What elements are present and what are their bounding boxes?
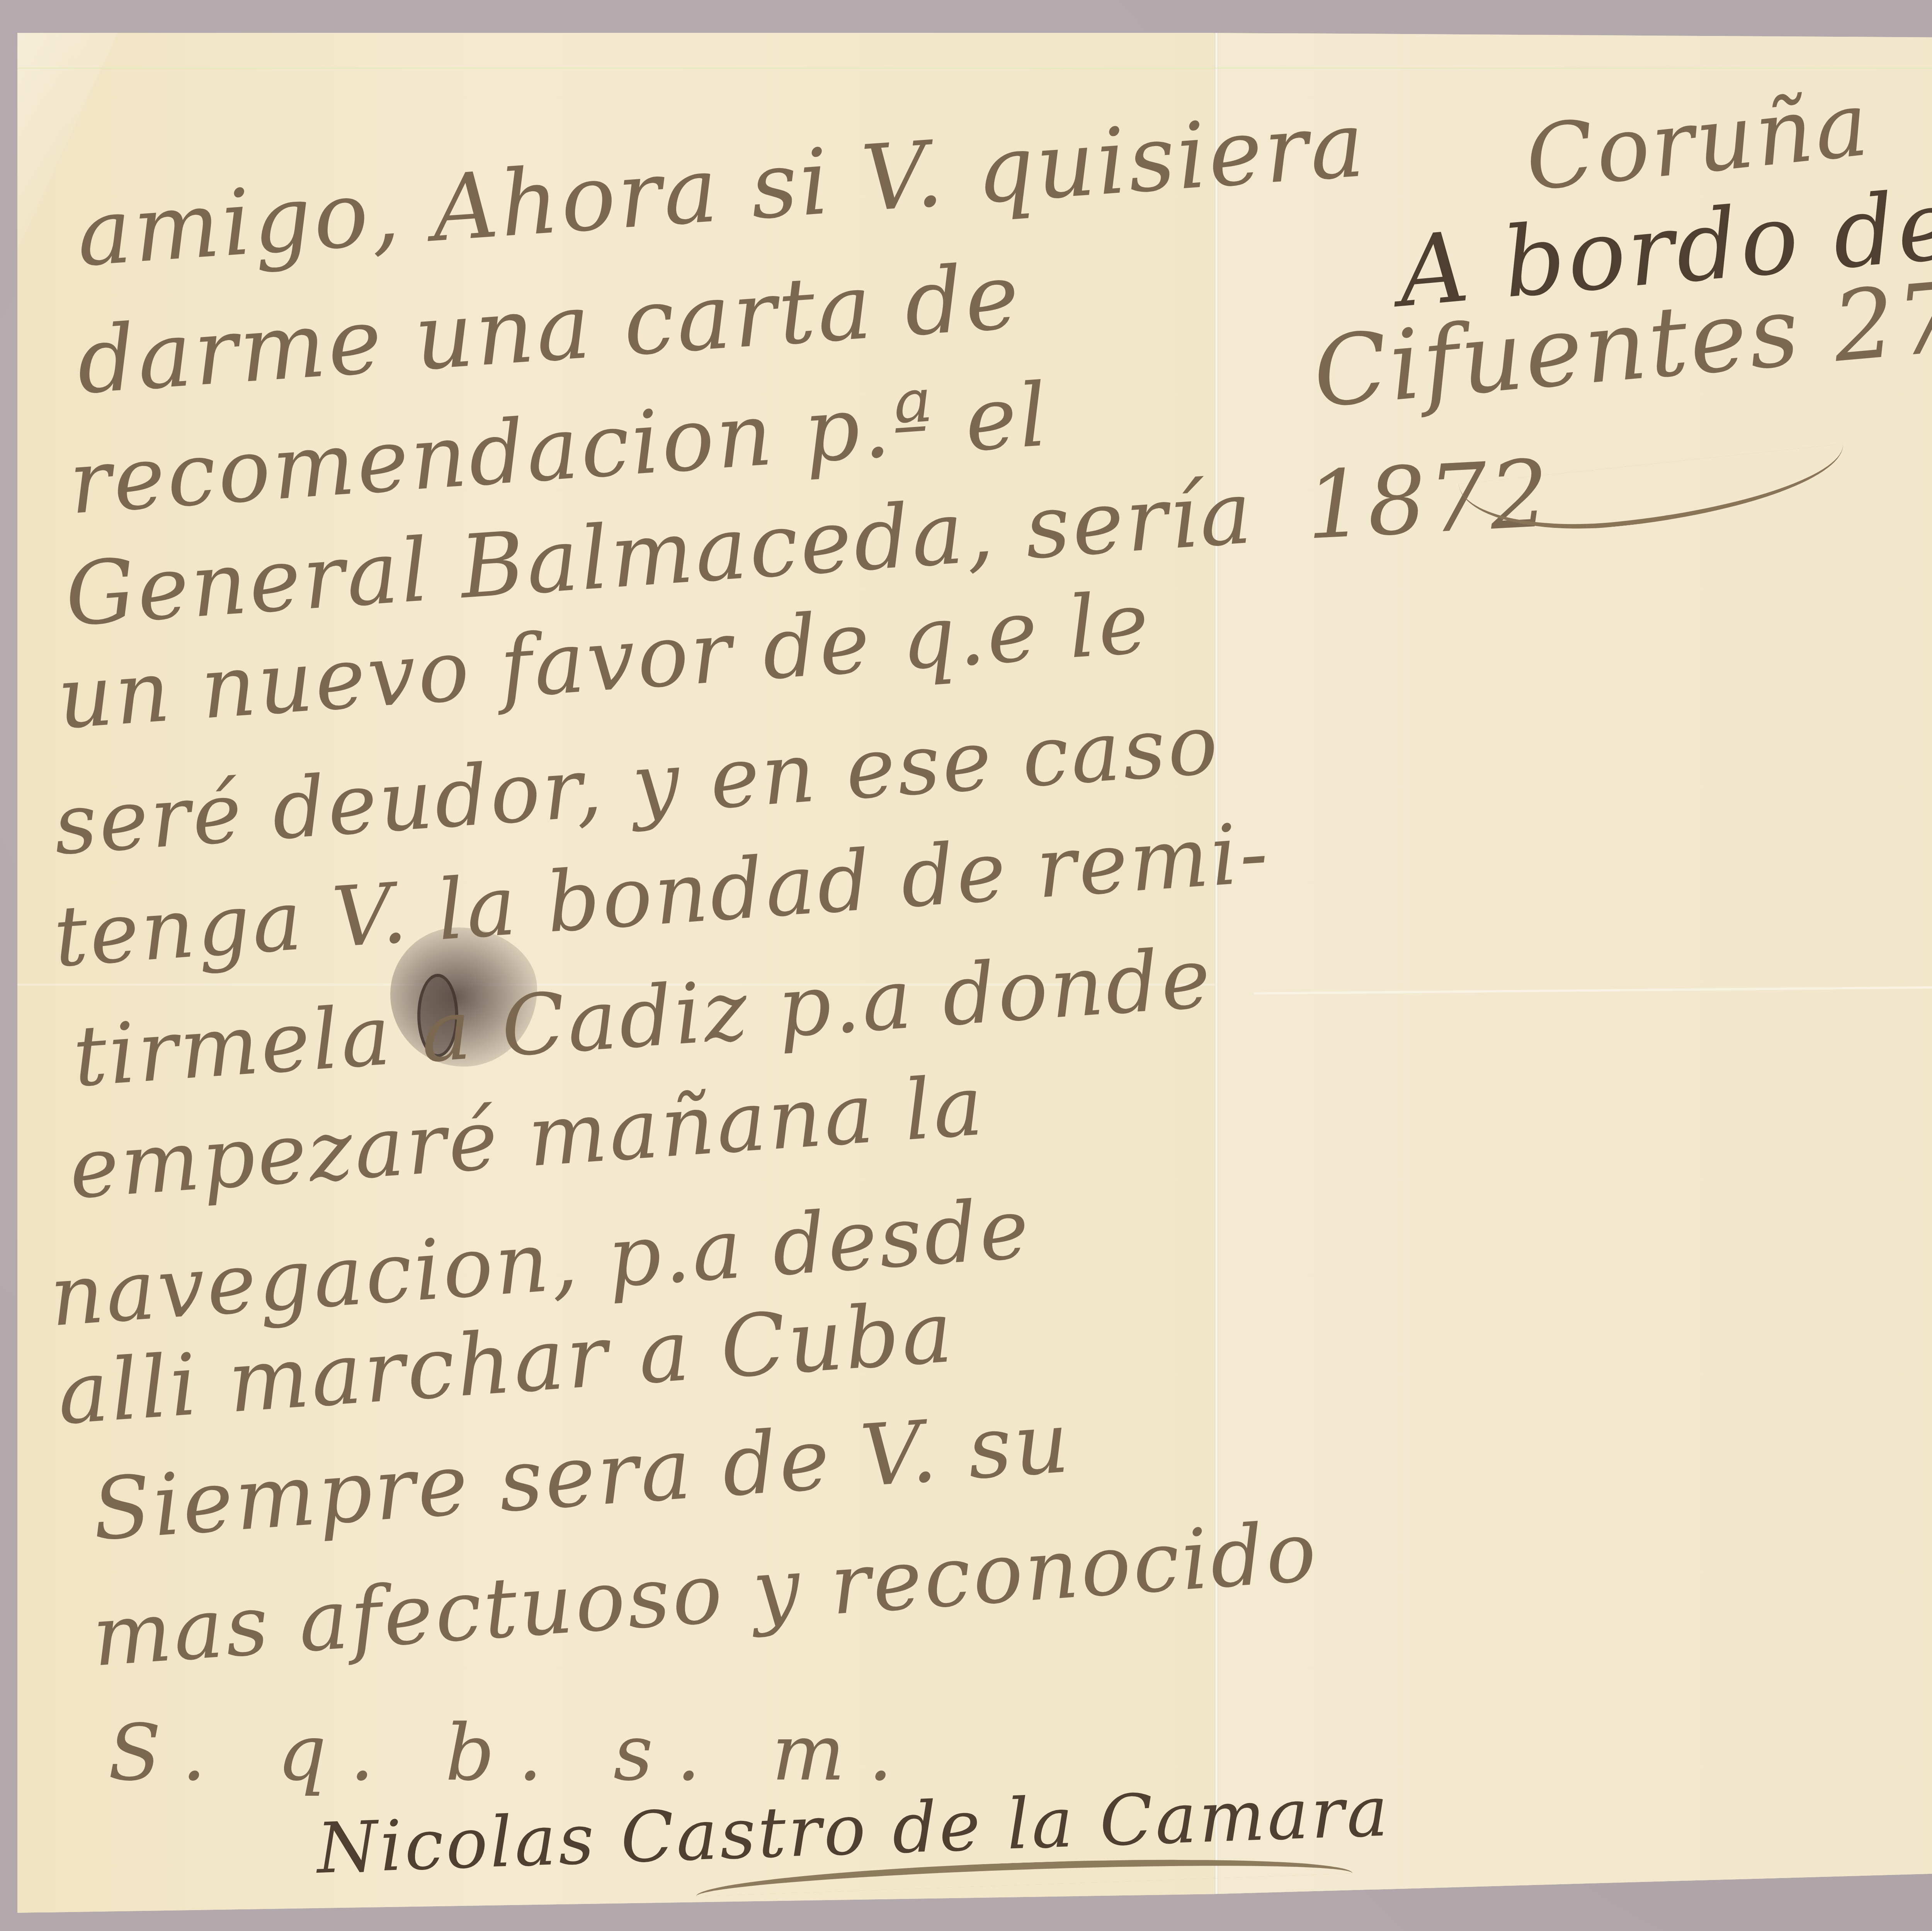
faint-rule-line bbox=[17, 68, 1932, 69]
letter-closing-abbrev: S. q. b. s. m. bbox=[108, 1708, 916, 1798]
center-fold bbox=[1214, 33, 1218, 1913]
